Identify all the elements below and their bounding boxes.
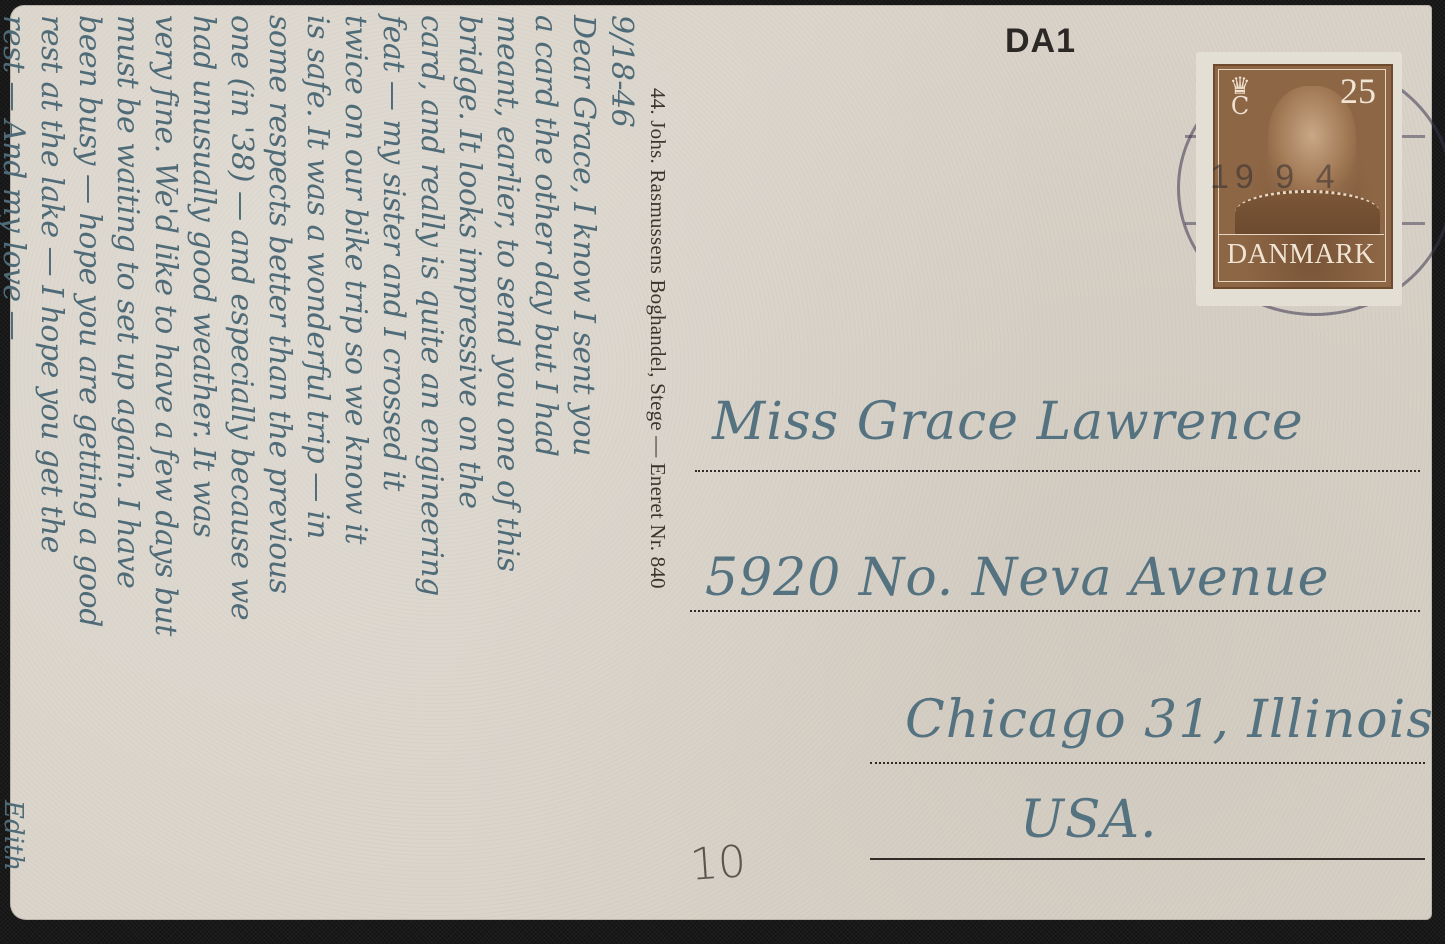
handwritten-message: 9/18-46 Dear Grace, I know I sent you a … (0, 15, 640, 895)
message-line: bridge. It looks impressive on the (450, 15, 488, 895)
message-line: rest — And my love — (0, 15, 32, 895)
address-country: USA. (1020, 790, 1158, 850)
message-date: 9/18-46 (602, 15, 640, 895)
message-line: very fine. We'd like to have a few days … (146, 15, 184, 895)
stamp-value: 25 (1340, 70, 1376, 112)
message-line: meant, earlier, to send you one of this (488, 15, 526, 895)
pencil-note: 10 (688, 836, 747, 891)
postmark-date: 19 9 4 (1210, 158, 1341, 197)
address-street: 5920 No. Neva Avenue (705, 548, 1329, 608)
message-line: some respects better than the previous (260, 15, 298, 895)
message-line: rest at the lake — I hope you get the (32, 15, 70, 895)
message-line: had unusually good weather. It was (184, 15, 222, 895)
message-signature: Edith (0, 800, 28, 871)
stamp-country: DANMARK (1218, 234, 1384, 273)
message-line: is safe. It was a wonderful trip — in (298, 15, 336, 895)
message-line: card, and really is quite an engineering (412, 15, 450, 895)
address-rule (690, 610, 1420, 612)
message-line: a card the other day but I had (526, 15, 564, 895)
message-line: been busy — hope you are getting a good (70, 15, 108, 895)
address-rule (870, 762, 1425, 764)
crown-monogram-icon: ♛C (1226, 76, 1254, 118)
address-rule (695, 470, 1420, 472)
sorting-mark: DA1 (1005, 22, 1076, 61)
address-rule (870, 858, 1425, 860)
address-name: Miss Grace Lawrence (712, 392, 1304, 452)
publisher-imprint: 44. Johs. Rasmussens Boghandel, Stege — … (645, 88, 670, 818)
message-line: twice on our bike trip so we know it (336, 15, 374, 895)
message-line: feat — my sister and I crossed it (374, 15, 412, 895)
message-line: must be waiting to set up again. I have (108, 15, 146, 895)
address-city: Chicago 31, Illinois (905, 690, 1434, 750)
message-line: Dear Grace, I know I sent you (564, 15, 602, 895)
message-line: one (in '38) — and especially because we (222, 15, 260, 895)
